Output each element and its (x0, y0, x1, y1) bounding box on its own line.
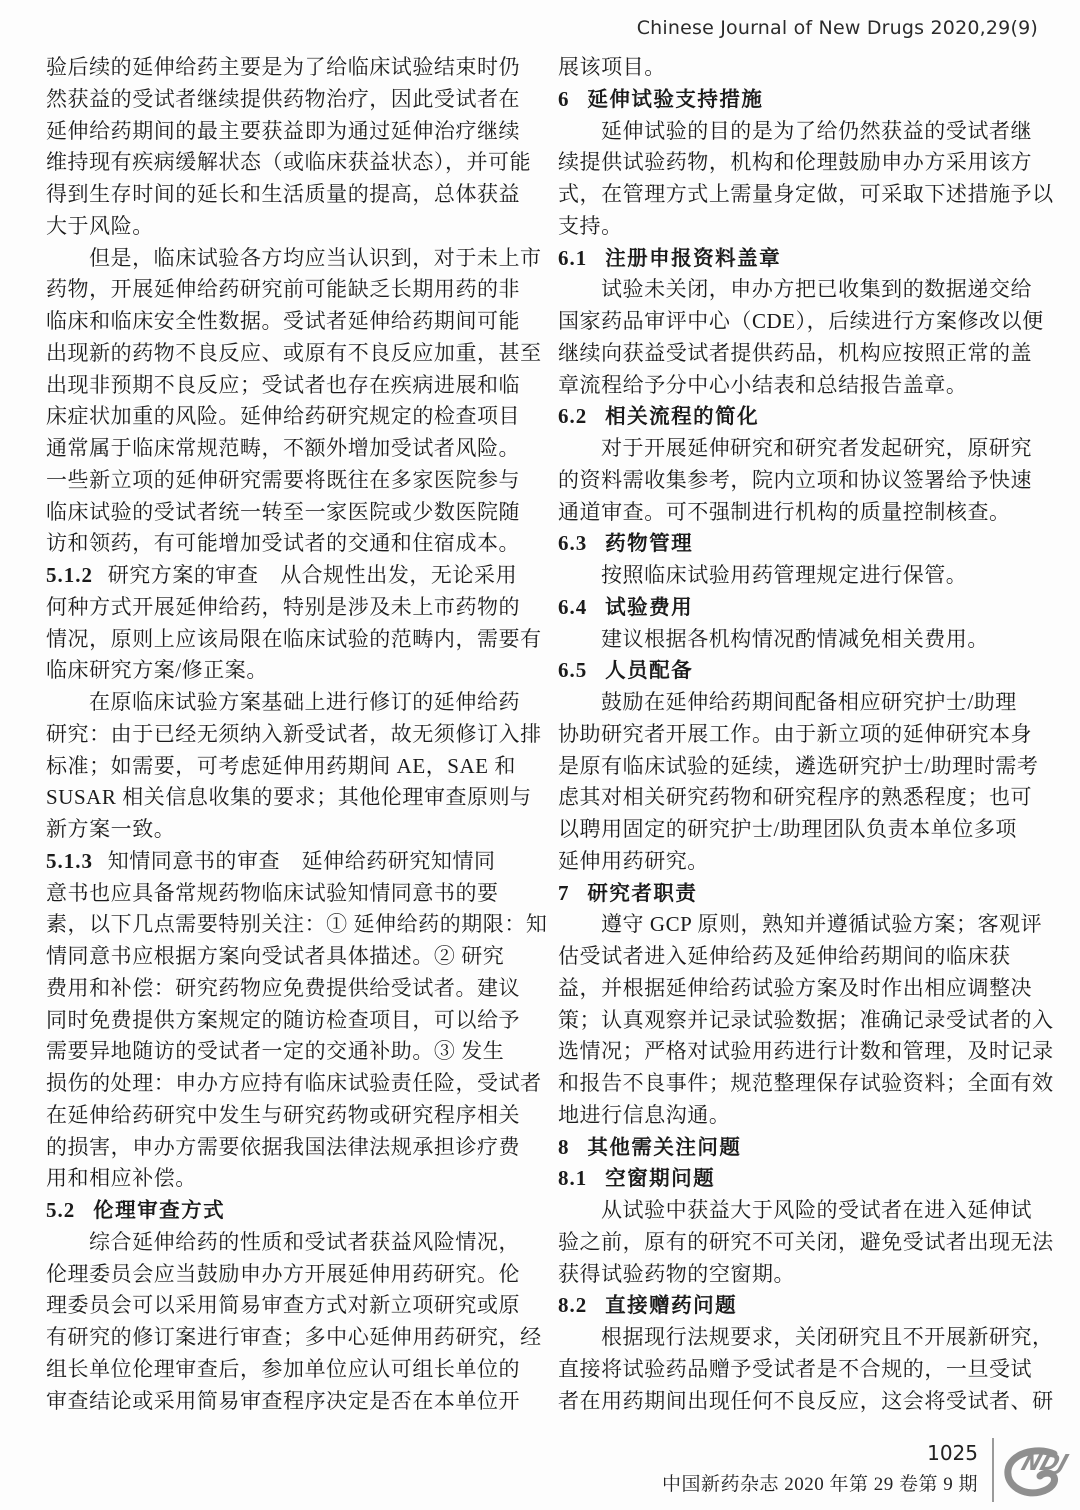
text-line: 的资料需收集参考，院内立项和协议签署给予快速 (558, 465, 1042, 497)
text-line: 出现新的药物不良反应、或原有不良反应加重，甚至 (46, 338, 530, 370)
text-line: 根据现行法规要求，关闭研究且不开展新研究， (558, 1322, 1042, 1354)
text-line: 维持现有疾病缓解状态（或临床获益状态），并可能 (46, 147, 530, 179)
text-line: 支持。 (558, 211, 1042, 243)
text-line: 用和相应补偿。 (46, 1163, 530, 1195)
text-line: 综合延伸给药的性质和受试者获益风险情况， (46, 1227, 530, 1259)
section-text: 研究方案的审查 从合规性出发，无论采用 (108, 563, 517, 587)
text-line: 者在用药期间出现任何不良反应，这会将受试者、研 (558, 1386, 1042, 1418)
text-line: 审查结论或采用简易审查程序决定是否在本单位开 (46, 1386, 530, 1418)
text-line: 临床和临床安全性数据。受试者延伸给药期间可能 (46, 306, 530, 338)
section-heading: 6.2相关流程的简化 (558, 401, 1042, 433)
section-number: 5.1.3 (46, 849, 93, 873)
section-number: 8.1 (558, 1166, 587, 1190)
section-heading: 6.5人员配备 (558, 655, 1042, 687)
section-title: 伦理审查方式 (93, 1198, 225, 1222)
text-line: 需要异地随访的受试者一定的交通补助。③ 发生 (46, 1036, 530, 1068)
text-line: 协助研究者开展工作。由于新立项的延伸研究本身 (558, 719, 1042, 751)
text-line: 策；认真观察并记录试验数据；准确记录受试者的入 (558, 1005, 1042, 1037)
text-line: 延伸给药期间的最主要获益即为通过延伸治疗继续 (46, 116, 530, 148)
section-heading: 6延伸试验支持措施 (558, 84, 1042, 116)
section-number: 6.5 (558, 658, 587, 682)
text-line: 从试验中获益大于风险的受试者在进入延伸试 (558, 1195, 1042, 1227)
text-line: 建议根据各机构情况酌情减免相关费用。 (558, 624, 1042, 656)
svg-text:NDJ: NDJ (1018, 1451, 1071, 1476)
section-heading: 6.3药物管理 (558, 528, 1042, 560)
section-text: 知情同意书的审查 延伸给药研究知情同 (108, 849, 496, 873)
text-line: 在延伸给药研究中发生与研究药物或研究程序相关 (46, 1100, 530, 1132)
text-line: 地进行信息沟通。 (558, 1100, 1042, 1132)
section-heading: 8.2直接赠药问题 (558, 1290, 1042, 1322)
text-line: 按照临床试验用药管理规定进行保管。 (558, 560, 1042, 592)
section-number: 6.4 (558, 595, 587, 619)
journal-header-english: Chinese Journal of New Drugs 2020,29(9) (637, 17, 1038, 39)
runin-heading-line: 5.1.3知情同意书的审查 延伸给药研究知情同 (46, 846, 530, 878)
text-line: 通道审查。可不强制进行机构的质量控制核查。 (558, 497, 1042, 529)
section-heading: 5.2伦理审查方式 (46, 1195, 530, 1227)
text-line: 伦理委员会应当鼓励申办方开展延伸用药研究。伦 (46, 1259, 530, 1291)
section-number: 6 (558, 87, 570, 111)
text-line: 是原有临床试验的延续，遴选研究护士/助理时需考 (558, 751, 1042, 783)
section-title: 注册申报资料盖章 (605, 246, 781, 270)
text-line: 式，在管理方式上需量身定做，可采取下述措施予以 (558, 179, 1042, 211)
section-heading: 6.1注册申报资料盖章 (558, 243, 1042, 275)
text-line: 估受试者进入延伸给药及延伸给药期间的临床获 (558, 941, 1042, 973)
text-line: 费用和补偿：研究药物应免费提供给受试者。建议 (46, 973, 530, 1005)
section-title: 药物管理 (605, 531, 693, 555)
text-line: 然获益的受试者继续提供药物治疗，因此受试者在 (46, 84, 530, 116)
text-line: 一些新立项的延伸研究需要将既往在多家医院参与 (46, 465, 530, 497)
text-line: 损伤的处理：申办方应持有临床试验责任险，受试者 (46, 1068, 530, 1100)
right-column: 展该项目。6延伸试验支持措施延伸试验的目的是为了给仍然获益的受试者继续提供试验药… (558, 52, 1042, 1417)
section-number: 6.2 (558, 404, 587, 428)
text-line: 得到生存时间的延长和生活质量的提高，总体获益 (46, 179, 530, 211)
text-line: 研究：由于已经无须纳入新受试者，故无须修订入排 (46, 719, 530, 751)
section-title: 空窗期问题 (605, 1166, 715, 1190)
text-line: 虑其对相关研究药物和研究程序的熟悉程度；也可 (558, 782, 1042, 814)
text-line: 理委员会可以采用简易审查方式对新立项研究或原 (46, 1290, 530, 1322)
section-number: 6.1 (558, 246, 587, 270)
text-line: 何种方式开展延伸给药，特别是涉及未上市药物的 (46, 592, 530, 624)
section-title: 直接赠药问题 (605, 1293, 737, 1317)
section-number: 8 (558, 1135, 570, 1159)
text-line: 新方案一致。 (46, 814, 530, 846)
text-line: 继续向获益受试者提供药品，机构应按照正常的盖 (558, 338, 1042, 370)
section-title: 人员配备 (605, 658, 693, 682)
section-number: 6.3 (558, 531, 587, 555)
text-line: 益，并根据延伸给药试验方案及时作出相应调整决 (558, 973, 1042, 1005)
text-line: 选情况；严格对试验用药进行计数和管理，及时记录 (558, 1036, 1042, 1068)
text-line: 以聘用固定的研究护士/助理团队负责本单位多项 (558, 814, 1042, 846)
text-line: 直接将试验药品赠予受试者是不合规的，一旦受试 (558, 1354, 1042, 1386)
text-line: 素，以下几点需要特别关注：① 延伸给药的期限：知 (46, 909, 530, 941)
text-line: 国家药品审评中心（CDE），后续进行方案修改以便 (558, 306, 1042, 338)
text-line: 对于开展延伸研究和研究者发起研究，原研究 (558, 433, 1042, 465)
text-line: 访和领药，有可能增加受试者的交通和住宿成本。 (46, 528, 530, 560)
text-line: 组长单位伦理审查后，参加单位应认可组长单位的 (46, 1354, 530, 1386)
text-line: 续提供试验药物，机构和伦理鼓励申办方采用该方 (558, 147, 1042, 179)
text-line: 章流程给予分中心小结表和总结报告盖章。 (558, 370, 1042, 402)
text-line: 展该项目。 (558, 52, 1042, 84)
text-line: 意书也应具备常规药物临床试验知情同意书的要 (46, 878, 530, 910)
section-title: 延伸试验支持措施 (587, 87, 763, 111)
text-line: 药物，开展延伸给药研究前可能缺乏长期用药的非 (46, 274, 530, 306)
ndj-journal-logo-icon: NDJ (1000, 1444, 1074, 1502)
text-line: 有研究的修订案进行审查；多中心延伸用药研究，经 (46, 1322, 530, 1354)
section-heading: 6.4试验费用 (558, 592, 1042, 624)
text-line: 情同意书应根据方案向受试者具体描述。② 研究 (46, 941, 530, 973)
page-number: 1025 (858, 1441, 978, 1465)
text-line: 出现非预期不良反应；受试者也存在疾病进展和临 (46, 370, 530, 402)
text-line: 临床试验的受试者统一转至一家医院或少数医院随 (46, 497, 530, 529)
text-line: 验之前，原有的研究不可关闭，避免受试者出现无法 (558, 1227, 1042, 1259)
text-line: 在原临床试验方案基础上进行修订的延伸给药 (46, 687, 530, 719)
journal-footer-chinese: 中国新药杂志 2020 年第 29 卷第 9 期 (560, 1469, 978, 1496)
text-line: 通常属于临床常规范畴，不额外增加受试者风险。 (46, 433, 530, 465)
text-line: 同时免费提供方案规定的随访检查项目，可以给予 (46, 1005, 530, 1037)
text-line: 验后续的延伸给药主要是为了给临床试验结束时仍 (46, 52, 530, 84)
text-line: 但是，临床试验各方均应当认识到，对于未上市 (46, 243, 530, 275)
text-line: 试验未关闭，申办方把已收集到的数据递交给 (558, 274, 1042, 306)
text-line: 床症状加重的风险。延伸给药研究规定的检查项目 (46, 401, 530, 433)
text-line: 获得试验药物的空窗期。 (558, 1259, 1042, 1291)
text-line: 大于风险。 (46, 211, 530, 243)
left-column: 验后续的延伸给药主要是为了给临床试验结束时仍然获益的受试者继续提供药物治疗，因此… (46, 52, 530, 1417)
section-number: 8.2 (558, 1293, 587, 1317)
text-line: 延伸试验的目的是为了给仍然获益的受试者继 (558, 116, 1042, 148)
journal-page: Chinese Journal of New Drugs 2020,29(9) … (0, 0, 1080, 1510)
section-number: 5.1.2 (46, 563, 93, 587)
text-line: 临床研究方案/修正案。 (46, 655, 530, 687)
text-line: 延伸用药研究。 (558, 846, 1042, 878)
section-title: 相关流程的简化 (605, 404, 759, 428)
section-heading: 8.1空窗期问题 (558, 1163, 1042, 1195)
text-line: 鼓励在延伸给药期间配备相应研究护士/助理 (558, 687, 1042, 719)
section-number: 5.2 (46, 1198, 75, 1222)
runin-heading-line: 5.1.2研究方案的审查 从合规性出发，无论采用 (46, 560, 530, 592)
section-title: 研究者职责 (587, 881, 697, 905)
text-line: SUSAR 相关信息收集的要求；其他伦理审查原则与 (46, 782, 530, 814)
section-heading: 8其他需关注问题 (558, 1132, 1042, 1164)
text-line: 遵守 GCP 原则，熟知并遵循试验方案；客观评 (558, 909, 1042, 941)
text-line: 情况，原则上应该局限在临床试验的范畴内，需要有 (46, 624, 530, 656)
section-title: 其他需关注问题 (587, 1135, 741, 1159)
section-title: 试验费用 (605, 595, 693, 619)
text-line: 和报告不良事件；规范整理保存试验资料；全面有效 (558, 1068, 1042, 1100)
text-line: 的损害，申办方需要依据我国法律法规承担诊疗费 (46, 1132, 530, 1164)
section-number: 7 (558, 881, 570, 905)
footer-divider (992, 1438, 994, 1502)
text-line: 标准；如需要，可考虑延伸用药期间 AE，SAE 和 (46, 751, 530, 783)
section-heading: 7研究者职责 (558, 878, 1042, 910)
